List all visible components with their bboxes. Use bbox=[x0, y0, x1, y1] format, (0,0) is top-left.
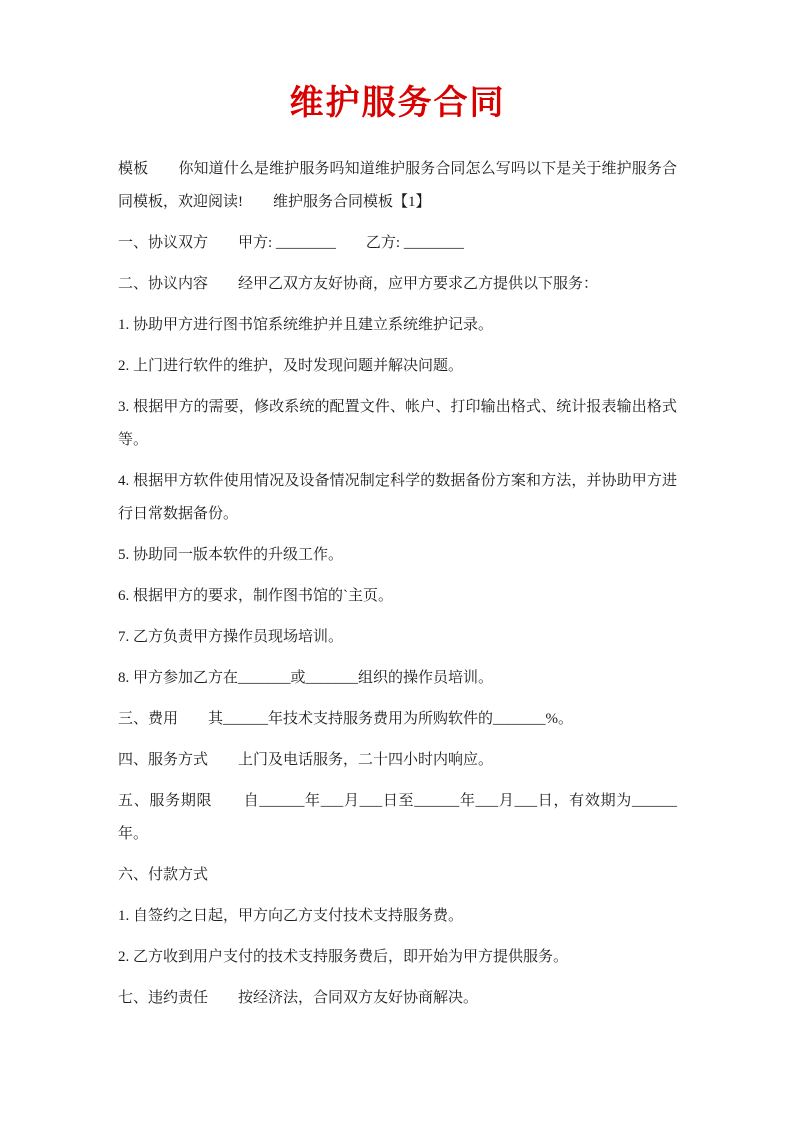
clause-breach: 七、违约责任 按经济法，合同双方友好协商解决。 bbox=[118, 982, 677, 1015]
payment-item-1: 1. 自签约之日起，甲方向乙方支付技术支持服务费。 bbox=[118, 900, 677, 933]
clause-service-term: 五、服务期限 自______年___月___日至______年___月___日，… bbox=[118, 785, 677, 851]
clause-content: 二、协议内容 经甲乙双方友好协商，应甲方要求乙方提供以下服务： bbox=[118, 268, 677, 301]
service-item-4: 4. 根据甲方软件使用情况及设备情况制定科学的数据备份方案和方法，并协助甲方进行… bbox=[118, 465, 677, 531]
clause-fee: 三、费用 其______年技术支持服务费用为所购软件的_______%。 bbox=[118, 703, 677, 736]
document-body: 模板 你知道什么是维护服务吗知道维护服务合同怎么写吗以下是关于维护服务合同模板，… bbox=[118, 153, 677, 1015]
clause-payment: 六、付款方式 bbox=[118, 859, 677, 892]
service-item-5: 5. 协助同一版本软件的升级工作。 bbox=[118, 539, 677, 572]
service-item-3: 3. 根据甲方的需要，修改系统的配置文件、帐户、打印输出格式、统计报表输出格式等… bbox=[118, 391, 677, 457]
intro-paragraph: 模板 你知道什么是维护服务吗知道维护服务合同怎么写吗以下是关于维护服务合同模板，… bbox=[118, 153, 677, 219]
clause-service-method: 四、服务方式 上门及电话服务，二十四小时内响应。 bbox=[118, 744, 677, 777]
page-title: 维护服务合同 bbox=[118, 84, 677, 125]
service-item-8: 8. 甲方参加乙方在_______或_______组织的操作员培训。 bbox=[118, 662, 677, 695]
payment-item-2: 2. 乙方收到用户支付的技术支持服务费后，即开始为甲方提供服务。 bbox=[118, 941, 677, 974]
service-item-7: 7. 乙方负责甲方操作员现场培训。 bbox=[118, 621, 677, 654]
clause-parties: 一、协议双方 甲方: ________ 乙方: ________ bbox=[118, 227, 677, 260]
service-item-6: 6. 根据甲方的要求，制作图书馆的`主页。 bbox=[118, 580, 677, 613]
document-page: 维护服务合同 模板 你知道什么是维护服务吗知道维护服务合同怎么写吗以下是关于维护… bbox=[0, 0, 793, 1122]
service-item-1: 1. 协助甲方进行图书馆系统维护并且建立系统维护记录。 bbox=[118, 309, 677, 342]
service-item-2: 2. 上门进行软件的维护，及时发现问题并解决问题。 bbox=[118, 350, 677, 383]
